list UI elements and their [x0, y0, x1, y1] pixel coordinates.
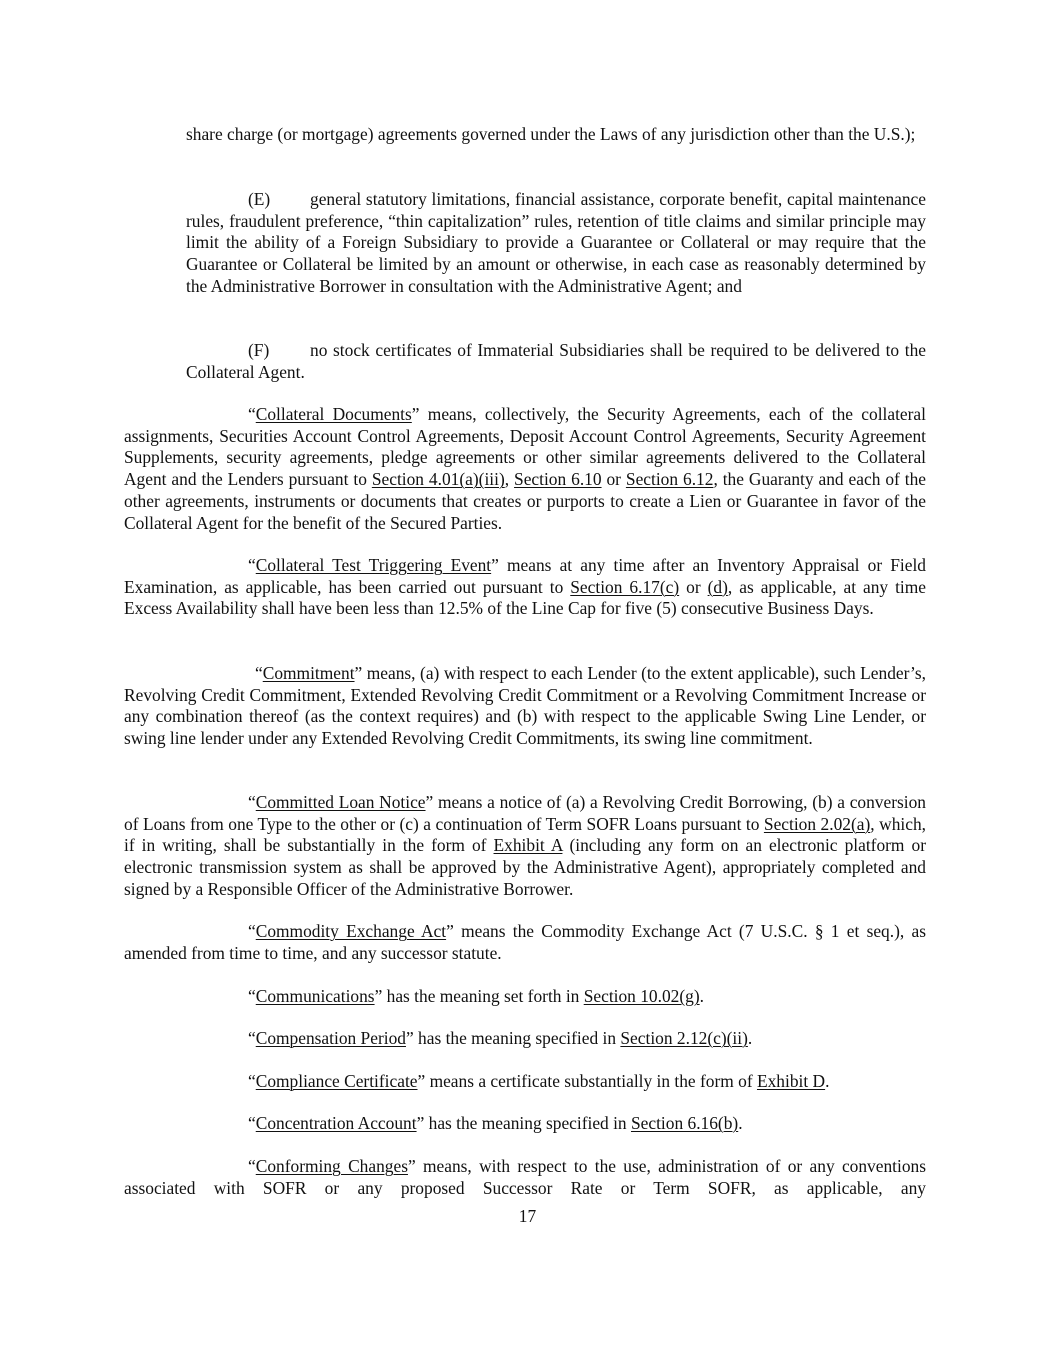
- clause-e: (E)general statutory limitations, financ…: [186, 189, 926, 298]
- quote: “: [248, 921, 256, 941]
- section-reference-link[interactable]: Section 6.10: [514, 469, 602, 489]
- section-reference-link[interactable]: Section 6.16(b): [631, 1113, 738, 1133]
- definition-collateral-test-triggering-event: “Collateral Test Triggering Event” means…: [124, 555, 926, 620]
- quote: “: [248, 792, 256, 812]
- definition-text: ” has the meaning set forth in: [375, 986, 584, 1006]
- quote: “: [248, 1156, 256, 1176]
- clause-label: (E): [248, 189, 310, 211]
- section-reference-link[interactable]: Section 2.12(c)(ii): [620, 1028, 748, 1048]
- defined-term: Concentration Account: [256, 1113, 417, 1133]
- defined-term: Communications: [256, 986, 375, 1006]
- definition-text: ” has the meaning specified in: [406, 1028, 620, 1048]
- exhibit-reference-link[interactable]: Exhibit A: [494, 835, 563, 855]
- definition-text: ” means the Commodity Exchange Act (7 U.…: [124, 921, 926, 963]
- definition-commitment: “Commitment” means, (a) with respect to …: [124, 663, 926, 750]
- defined-term: Compliance Certificate: [256, 1071, 418, 1091]
- quote: “: [248, 404, 256, 424]
- definition-text: ” means, (a) with respect to each Lender…: [124, 663, 926, 748]
- section-reference-link[interactable]: Section 10.02(g): [584, 986, 700, 1006]
- definition-text: ,: [505, 469, 514, 489]
- page-number: 17: [0, 1206, 1055, 1228]
- definition-commodity-exchange-act: “Commodity Exchange Act” means the Commo…: [124, 921, 926, 964]
- definition-text: .: [738, 1113, 742, 1133]
- paragraph-share-charge-continuation: share charge (or mortgage) agreements go…: [186, 124, 926, 146]
- section-reference-link[interactable]: (d): [708, 577, 728, 597]
- defined-term: Commodity Exchange Act: [256, 921, 446, 941]
- definition-text: ” means a certificate substantially in t…: [418, 1071, 757, 1091]
- section-reference-link[interactable]: Section 2.02(a): [764, 814, 870, 834]
- quote: “: [248, 555, 256, 575]
- quote: “: [248, 1071, 256, 1091]
- section-reference-link[interactable]: Section 4.01(a)(iii): [372, 469, 505, 489]
- quote: “: [255, 663, 263, 683]
- definition-compensation-period: “Compensation Period” has the meaning sp…: [124, 1028, 926, 1050]
- defined-term: Conforming Changes: [256, 1156, 408, 1176]
- defined-term: Collateral Documents: [256, 404, 412, 424]
- quote: “: [248, 1113, 256, 1133]
- definition-text: .: [748, 1028, 752, 1048]
- quote: “: [248, 1028, 256, 1048]
- section-reference-link[interactable]: Section 6.12: [626, 469, 714, 489]
- defined-term: Commitment: [263, 663, 355, 683]
- definition-text: .: [825, 1071, 829, 1091]
- document-page: share charge (or mortgage) agreements go…: [0, 0, 1055, 1365]
- definition-conforming-changes: “Conforming Changes” means, with respect…: [124, 1156, 926, 1199]
- quote: “: [248, 986, 256, 1006]
- definition-committed-loan-notice: “Committed Loan Notice” means a notice o…: [124, 792, 926, 901]
- definition-text: ” has the meaning specified in: [417, 1113, 631, 1133]
- definition-concentration-account: “Concentration Account” has the meaning …: [124, 1113, 926, 1135]
- clause-label: (F): [248, 340, 310, 362]
- definition-compliance-certificate: “Compliance Certificate” means a certifi…: [124, 1071, 926, 1093]
- definition-communications: “Communications” has the meaning set for…: [124, 986, 926, 1008]
- definition-text: .: [700, 986, 704, 1006]
- defined-term: Committed Loan Notice: [256, 792, 426, 812]
- clause-f: (F)no stock certificates of Immaterial S…: [186, 340, 926, 383]
- definition-text: ” means, with respect to the use, admini…: [124, 1156, 926, 1198]
- definition-text: or: [679, 577, 707, 597]
- section-reference-link[interactable]: Section 6.17(c): [570, 577, 679, 597]
- defined-term: Compensation Period: [256, 1028, 406, 1048]
- defined-term: Collateral Test Triggering Event: [256, 555, 491, 575]
- definition-text: or: [602, 469, 626, 489]
- definition-collateral-documents: “Collateral Documents” means, collective…: [124, 404, 926, 534]
- exhibit-reference-link[interactable]: Exhibit D: [757, 1071, 825, 1091]
